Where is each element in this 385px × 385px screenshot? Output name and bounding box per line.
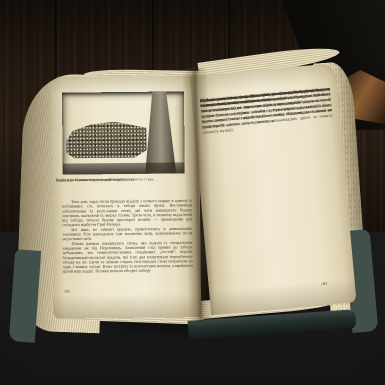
photo-caption: Відділ к-ра Бурлака безпосередньо перед … — [56, 176, 196, 199]
photo-foreground — [63, 162, 185, 175]
caption-line: Спереду (з палицею в руках) сидить к-р Б… — [56, 177, 135, 183]
left-page: Відділ к-ра Бурлака безпосередньо перед … — [51, 75, 202, 319]
soldier-group — [66, 121, 147, 158]
right-page: жетними стрільнами, розсипались у віяльц… — [189, 63, 356, 315]
partisan-group-photo — [62, 91, 185, 174]
paragraph: Пізнім ранком повернулась стежа, яка ход… — [62, 240, 192, 274]
right-page-number: 183 — [321, 280, 352, 291]
left-page-number: 182 — [64, 289, 94, 297]
paragraph: Того дня, зараз після приходу відділу з … — [62, 198, 192, 227]
photo-of-open-book: Мар ЧЕР спог Відділ к-ра Бурлака безпосе… — [0, 0, 385, 385]
left-page-text: Того дня, зараз після приходу відділу з … — [62, 198, 193, 287]
right-page-text: жетними стрільнами, розсипались у віяльц… — [199, 82, 347, 291]
